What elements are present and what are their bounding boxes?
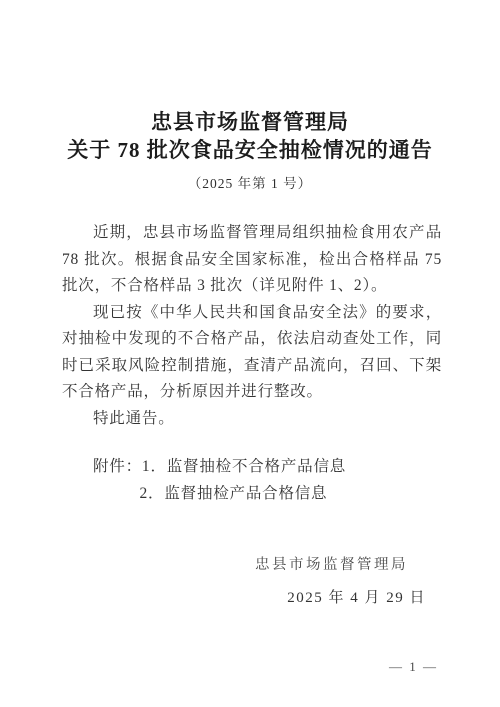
signature-organization: 忠县市场监督管理局	[62, 553, 442, 574]
paragraph-enforcement-actions: 现已按《中华人民共和国食品安全法》的要求，对抽检中发现的不合格产品，依法启动查处…	[62, 300, 442, 406]
signature-block: 忠县市场监督管理局 2025 年 4 月 29 日	[62, 553, 442, 607]
document-title-line-2: 关于 78 批次食品安全抽检情况的通告	[0, 136, 500, 164]
paragraph-closing-notice: 特此通告。	[62, 406, 442, 433]
attachment-item-1: 附件：1．监督抽检不合格产品信息	[93, 454, 442, 481]
document-page: 忠县市场监督管理局 关于 78 批次食品安全抽检情况的通告 （2025 年第 1…	[0, 0, 500, 707]
document-title-block: 忠县市场监督管理局 关于 78 批次食品安全抽检情况的通告 （2025 年第 1…	[0, 0, 500, 192]
document-body: 近期，忠县市场监督管理局组织抽检食用农产品 78 批次。根据食品安全国家标准，检…	[62, 220, 442, 432]
page-number: — 1 —	[389, 659, 438, 675]
signature-date: 2025 年 4 月 29 日	[62, 586, 442, 607]
attachment-item-2: 2．监督抽检产品合格信息	[140, 481, 443, 508]
document-number: （2025 年第 1 号）	[0, 172, 500, 192]
paragraph-sampling-results: 近期，忠县市场监督管理局组织抽检食用农产品 78 批次。根据食品安全国家标准，检…	[62, 220, 442, 300]
attachments-block: 附件：1．监督抽检不合格产品信息 2．监督抽检产品合格信息	[62, 454, 442, 507]
document-title-line-1: 忠县市场监督管理局	[0, 108, 500, 136]
